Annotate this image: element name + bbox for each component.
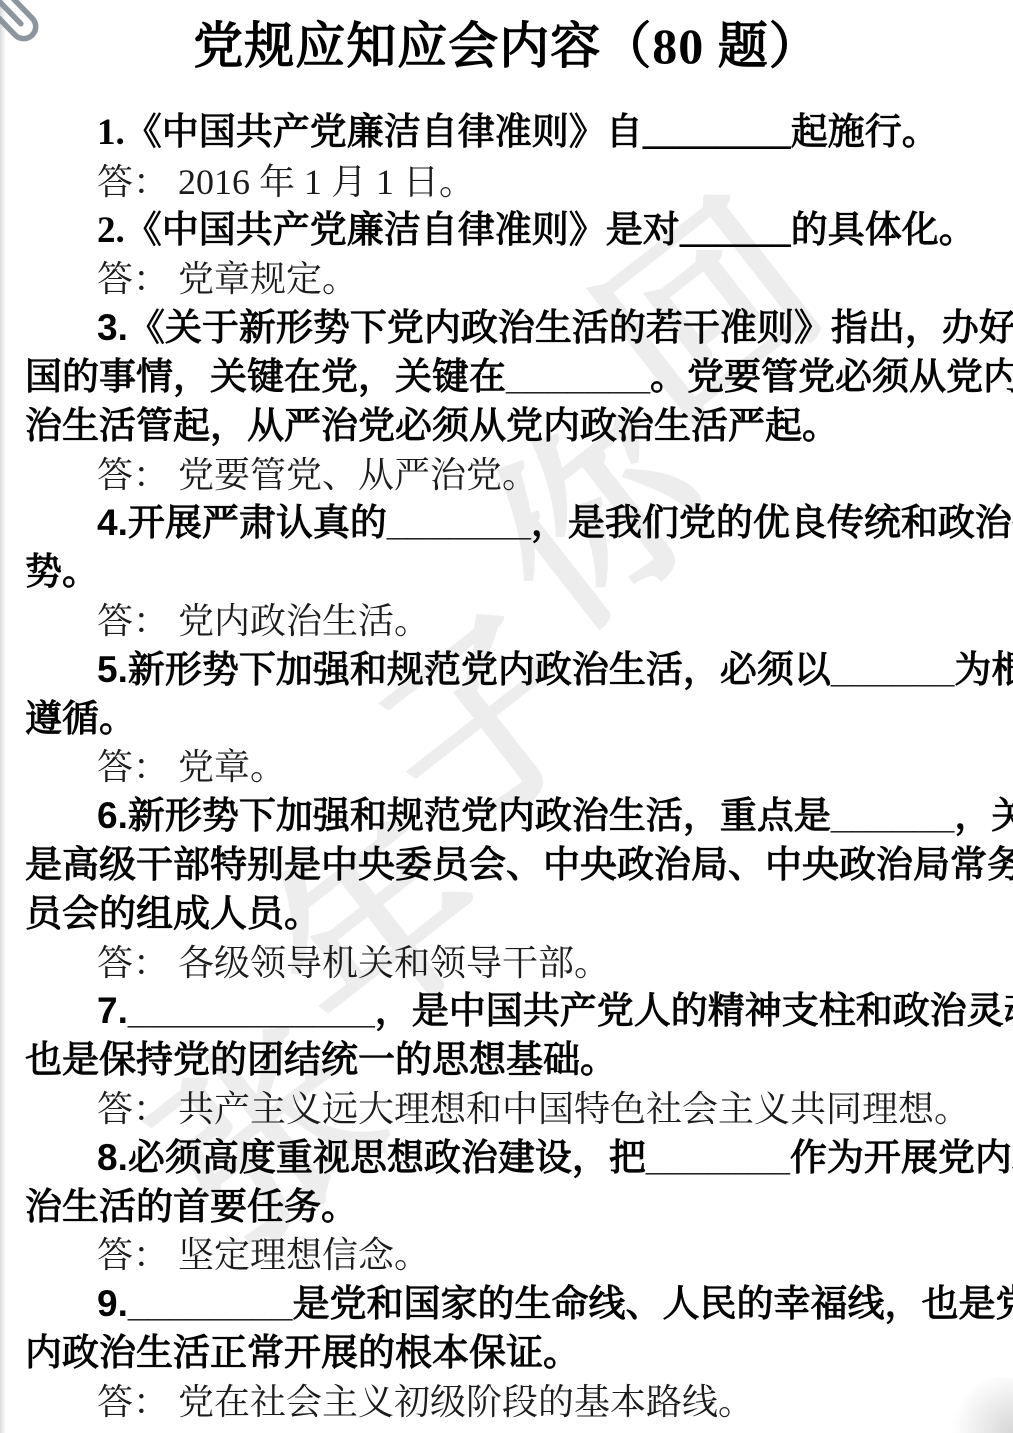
document-title: 党规应知应会内容（80 题） bbox=[0, 6, 1013, 78]
document-page: 回 你 子 年 张 党规应知应会内容（80 题） 1.《中国共产党廉洁自律准则》… bbox=[0, 0, 1013, 1433]
question-line-continuation: 势。 bbox=[25, 548, 988, 597]
question-line-continuation: 治生活管起，从严治党必须从党内政治生活严起。 bbox=[25, 402, 988, 451]
question-line: 1.《中国共产党廉洁自律准则》自________起施行。 bbox=[25, 109, 988, 158]
question-line-continuation: 遵循。 bbox=[25, 695, 988, 744]
question-line: 8.必须高度重视思想政治建设，把_______作为开展党内政 bbox=[25, 1134, 988, 1183]
question-line-continuation: 内政治生活正常开展的根本保证。 bbox=[25, 1329, 988, 1378]
question-line: 9.________是党和国家的生命线、人民的幸福线，也是党 bbox=[25, 1280, 988, 1329]
answer-line: 答： 党内政治生活。 bbox=[25, 597, 988, 646]
answer-line: 答： 党章规定。 bbox=[25, 255, 988, 304]
question-line: 2.《中国共产党廉洁自律准则》是对______的具体化。 bbox=[25, 207, 988, 256]
question-line-continuation: 员会的组成人员。 bbox=[25, 890, 988, 939]
question-line-continuation: 也是保持党的团结统一的思想基础。 bbox=[25, 1036, 988, 1085]
document-body: 1.《中国共产党廉洁自律准则》自________起施行。 答： 2016 年 1… bbox=[0, 109, 1013, 1427]
answer-line: 答： 党要管党、从严治党。 bbox=[25, 451, 988, 500]
answer-line: 答： 各级领导机关和领导干部。 bbox=[25, 939, 988, 988]
answer-line: 答： 共产主义远大理想和中国特色社会主义共同理想。 bbox=[25, 1085, 988, 1134]
question-line: 5.新形势下加强和规范党内政治生活，必须以______为根本 bbox=[25, 646, 988, 695]
question-line: 7.____________，是中国共产党人的精神支柱和政治灵魂， bbox=[25, 987, 988, 1036]
answer-line: 答： 坚定理想信念。 bbox=[25, 1231, 988, 1280]
answer-line: 答： 党在社会主义初级阶段的基本路线。 bbox=[25, 1378, 988, 1427]
page-corner-shadow bbox=[943, 1378, 1013, 1433]
question-line: 4.开展严肃认真的_______，是我们党的优良传统和政治优 bbox=[25, 499, 988, 548]
question-line: 6.新形势下加强和规范党内政治生活，重点是______，关键 bbox=[25, 792, 988, 841]
answer-line: 答： 2016 年 1 月 1 日。 bbox=[25, 158, 988, 207]
question-line-continuation: 是高级干部特别是中央委员会、中央政治局、中央政治局常务委 bbox=[25, 841, 988, 890]
question-line-continuation: 国的事情，关键在党，关键在_______。党要管党必须从党内政 bbox=[25, 353, 988, 402]
page-edge-shadow bbox=[0, 0, 6, 1433]
question-line-continuation: 治生活的首要任务。 bbox=[25, 1183, 988, 1232]
question-line: 3.《关于新形势下党内政治生活的若干准则》指出，办好中 bbox=[25, 304, 988, 353]
answer-line: 答： 党章。 bbox=[25, 743, 988, 792]
